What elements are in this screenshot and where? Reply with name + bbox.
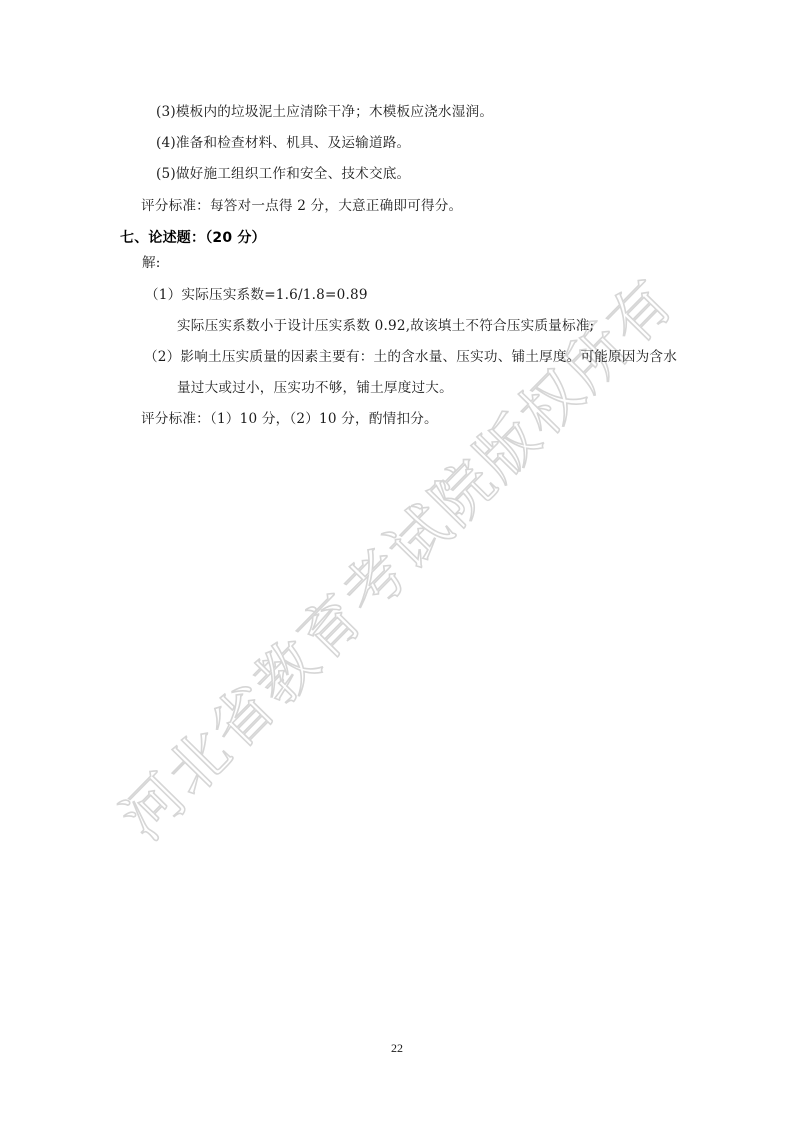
answer-item-3: (3)模板内的垃圾泥土应清除干净；木模板应浇水湿润。: [156, 103, 493, 121]
grading-criteria-section: 评分标准：（1）10 分，（2）10 分，酌情扣分。: [141, 410, 438, 428]
answer-item-4: (4)准备和检查材料、机具、及运输道路。: [156, 134, 410, 152]
copyright-watermark: 河北省教育考试院版权所有: [99, 256, 690, 855]
part1-conclusion: 实际压实系数小于设计压实系数 0.92,故该填土不符合压实质量标准;: [177, 317, 594, 335]
part2-causes: 量过大或过小，压实功不够，铺土厚度过大。: [177, 379, 453, 397]
answer-item-5: (5)做好施工组织工作和安全、技术交底。: [156, 165, 410, 183]
section-heading: 七、论述题：（20 分）: [120, 229, 266, 247]
grading-criteria-previous: 评分标准：每答对一点得 2 分，大意正确即可得分。: [141, 197, 462, 215]
part1-calculation: （1）实际压实系数=1.6/1.8=0.89: [145, 286, 368, 304]
part2-factors: （2）影响土压实质量的因素主要有：土的含水量、压实功、铺土厚度。可能原因为含水: [144, 348, 677, 366]
page-number: 22: [0, 1041, 794, 1056]
document-page: 河北省教育考试院版权所有 (3)模板内的垃圾泥土应清除干净；木模板应浇水湿润。 …: [0, 0, 794, 1123]
solution-label: 解:: [142, 254, 161, 272]
